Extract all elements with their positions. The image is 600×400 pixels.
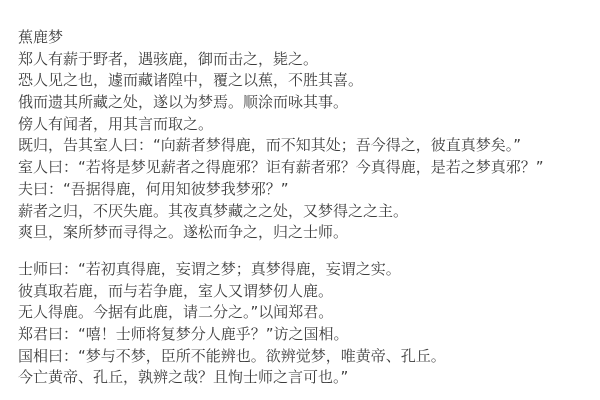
text-line: 俄而遗其所藏之处，遂以为梦焉。顺涂而咏其事。 bbox=[18, 92, 600, 114]
text-line: 室人曰：“若将是梦见薪者之得鹿邪？讵有薪者邪？今真得鹿，是若之梦真邪？” bbox=[18, 157, 600, 179]
paragraph-2: 士师曰：“若初真得鹿，妄谓之梦；真梦得鹿，妄谓之实。 彼真取若鹿，而与若争鹿，室… bbox=[18, 259, 600, 389]
text-line: 士师曰：“若初真得鹿，妄谓之梦；真梦得鹿，妄谓之实。 bbox=[18, 259, 600, 281]
text-line: 恐人见之也，遽而藏诸隍中，覆之以蕉，不胜其喜。 bbox=[18, 70, 600, 92]
text-line: 夫曰：“吾据得鹿，何用知彼梦我梦邪？” bbox=[18, 179, 600, 201]
paragraph-1: 郑人有薪于野者，遇骇鹿，御而击之，毙之。 恐人见之也，遽而藏诸隍中，覆之以蕉，不… bbox=[18, 49, 600, 244]
text-line: 爽旦，案所梦而寻得之。遂松而争之，归之士师。 bbox=[18, 222, 600, 244]
document-title: 蕉鹿梦 bbox=[18, 27, 600, 49]
text-line: 彼真取若鹿，而与若争鹿，室人又谓梦仞人鹿。 bbox=[18, 281, 600, 303]
document-page: 蕉鹿梦 郑人有薪于野者，遇骇鹿，御而击之，毙之。 恐人见之也，遽而藏诸隍中，覆之… bbox=[18, 27, 600, 389]
text-line: 无人得鹿。今据有此鹿，请二分之。”以闻郑君。 bbox=[18, 302, 600, 324]
text-line: 郑人有薪于野者，遇骇鹿，御而击之，毙之。 bbox=[18, 49, 600, 71]
text-line: 郑君曰：“嘻！士师将复梦分人鹿乎？”访之国相。 bbox=[18, 324, 600, 346]
text-line: 薪者之归，不厌失鹿。其夜真梦藏之之处，又梦得之之主。 bbox=[18, 201, 600, 223]
text-line: 既归，告其室人曰：“向薪者梦得鹿，而不知其处；吾今得之，彼直真梦矣。” bbox=[18, 135, 600, 157]
text-line: 今亡黄帝、孔丘，孰辨之哉？且恂士师之言可也。” bbox=[18, 367, 600, 389]
text-line: 傍人有闻者，用其言而取之。 bbox=[18, 114, 600, 136]
text-line: 国相曰：“梦与不梦，臣所不能辨也。欲辨觉梦，唯黄帝、孔丘。 bbox=[18, 346, 600, 368]
